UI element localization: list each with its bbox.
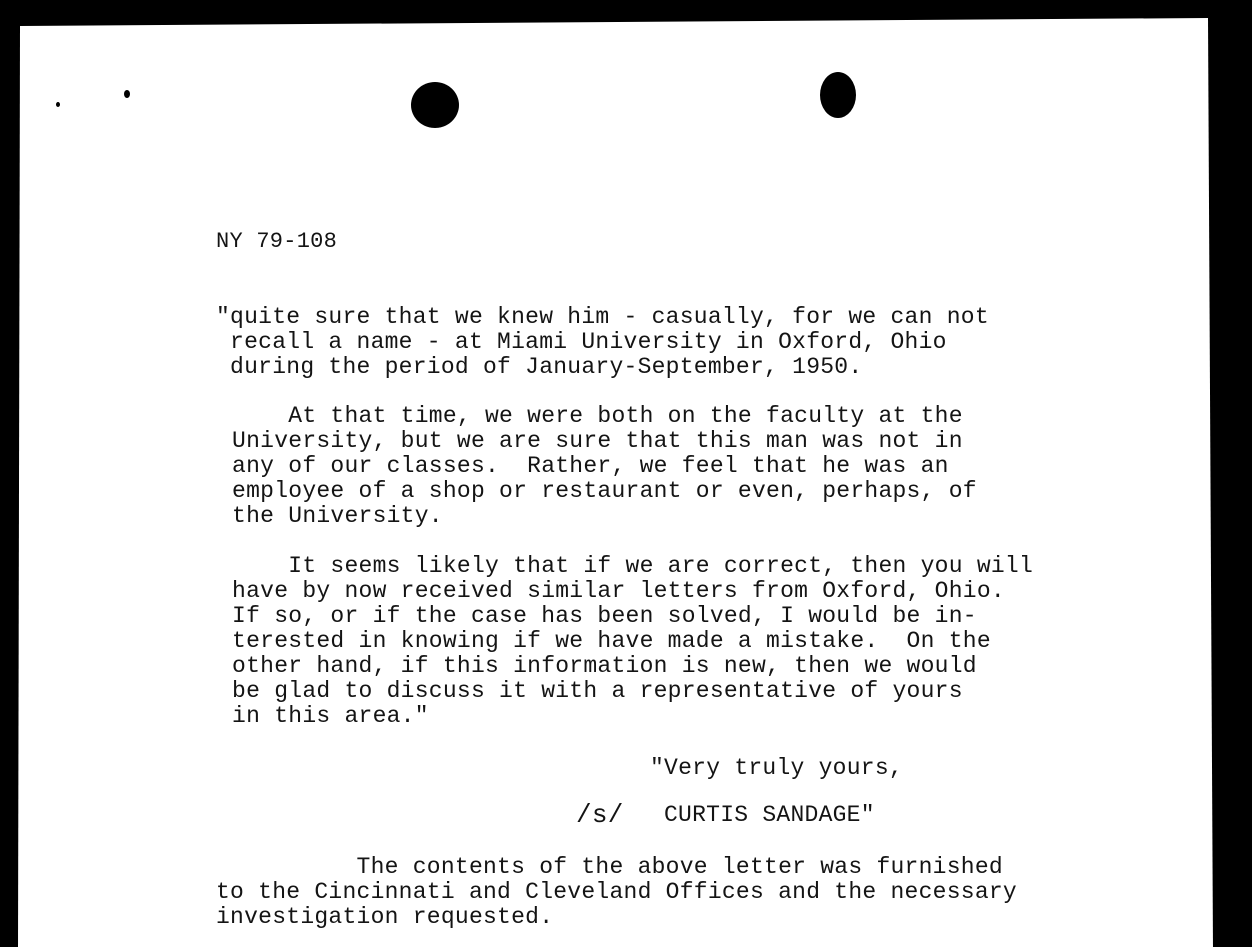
paragraph-2-line-3: any of our classes. Rather, we feel that… bbox=[218, 454, 949, 479]
paragraph-3-line-6: be glad to discuss it with a representat… bbox=[218, 679, 963, 704]
paragraph-2-line-2: University, but we are sure that this ma… bbox=[218, 429, 963, 454]
paragraph-2-line-1: At that time, we were both on the facult… bbox=[218, 404, 963, 429]
paragraph-1-line-2: recall a name - at Miami University in O… bbox=[216, 330, 947, 355]
closing-salutation: "Very truly yours, bbox=[650, 756, 903, 781]
signature-name: CURTIS SANDAGE" bbox=[664, 803, 875, 828]
paragraph-3-line-2: have by now received similar letters fro… bbox=[218, 579, 1005, 604]
paragraph-3-line-7: in this area." bbox=[218, 704, 429, 729]
punch-hole-left bbox=[411, 82, 459, 128]
paragraph-3-line-4: terested in knowing if we have made a mi… bbox=[218, 629, 991, 654]
ink-speck bbox=[56, 102, 60, 107]
file-number: NY 79-108 bbox=[216, 229, 337, 254]
paragraph-1-line-1: "quite sure that we knew him - casually,… bbox=[216, 305, 989, 330]
note-line-3: investigation requested. bbox=[216, 905, 553, 930]
note-line-2: to the Cincinnati and Cleveland Offices … bbox=[216, 880, 1017, 905]
note-line-1: The contents of the above letter was fur… bbox=[216, 855, 1003, 880]
paragraph-2-line-5: the University. bbox=[218, 504, 443, 529]
paragraph-2-line-4: employee of a shop or restaurant or even… bbox=[218, 479, 977, 504]
signature-mark: /s/ bbox=[576, 803, 624, 828]
paragraph-1-line-3: during the period of January-September, … bbox=[216, 355, 862, 380]
paragraph-3-line-1: It seems likely that if we are correct, … bbox=[218, 554, 1033, 579]
punch-hole-right bbox=[820, 72, 856, 118]
paragraph-3-line-5: other hand, if this information is new, … bbox=[218, 654, 977, 679]
paragraph-3-line-3: If so, or if the case has been solved, I… bbox=[218, 604, 977, 629]
ink-speck bbox=[124, 90, 130, 98]
